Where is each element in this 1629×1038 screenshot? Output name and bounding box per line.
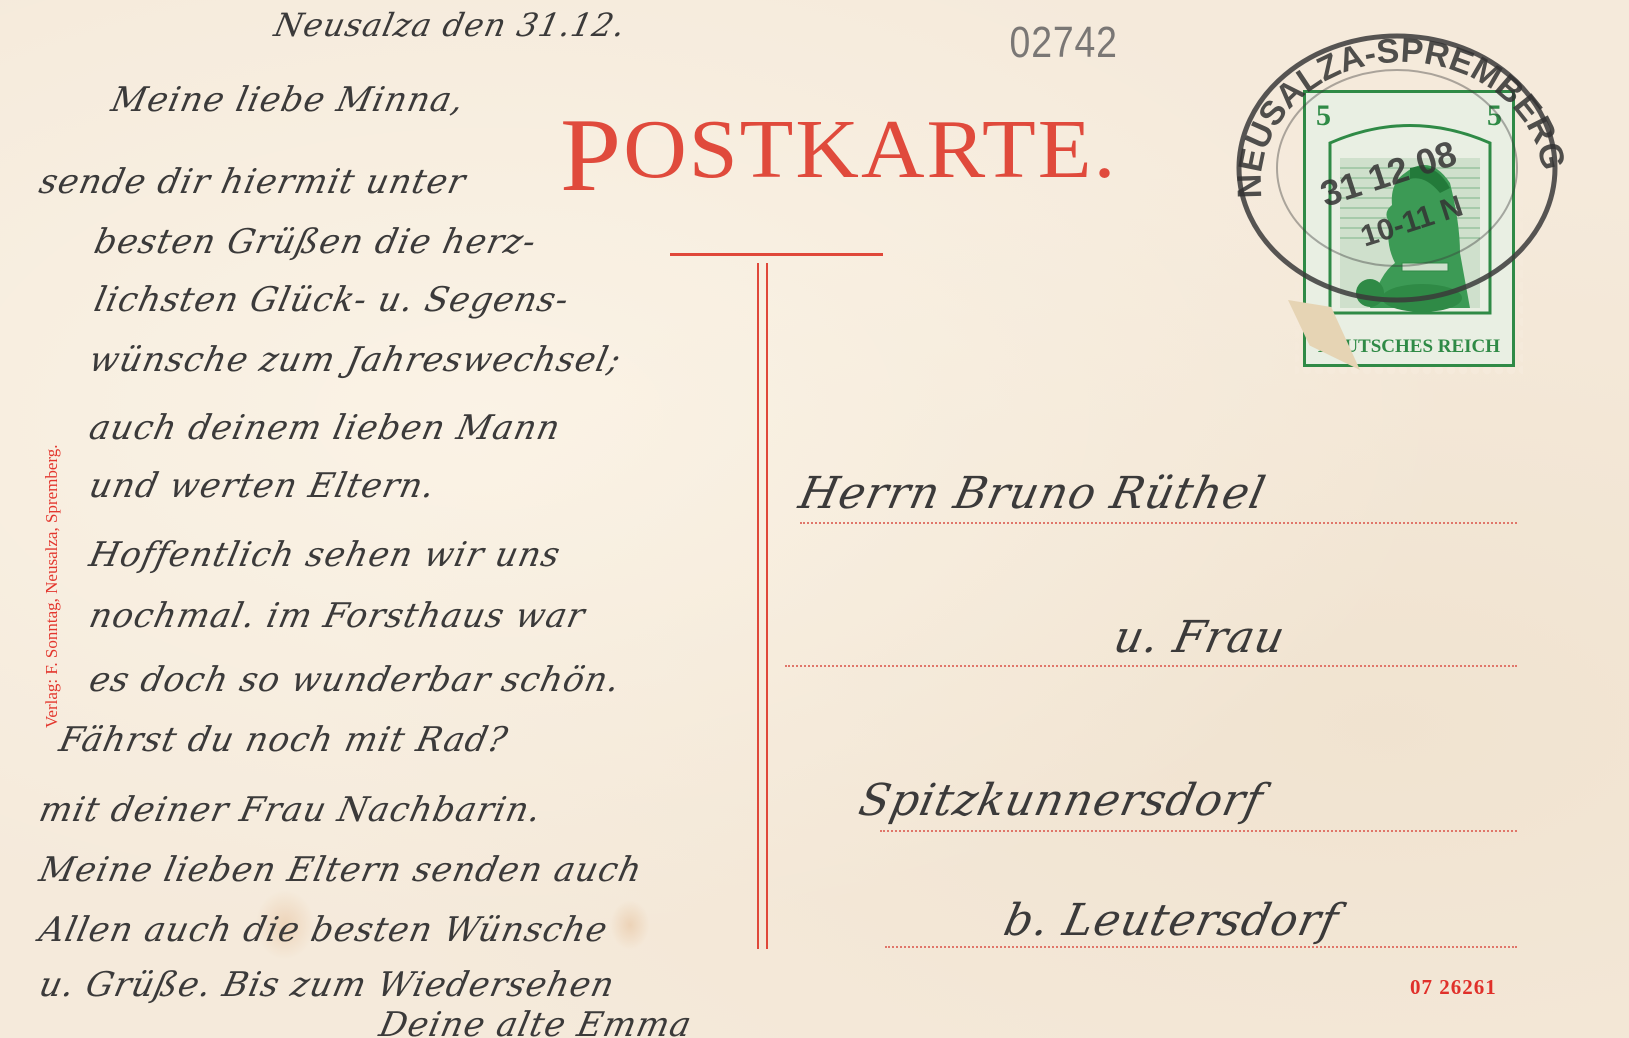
message-line: lichsten Glück- u. Segens- bbox=[91, 280, 573, 320]
paper-stain bbox=[610, 900, 650, 950]
message-line: Meine liebe Minna, bbox=[108, 80, 468, 120]
message-line: auch deinem lieben Mann bbox=[86, 408, 565, 448]
message-line: nochmal. im Forsthaus war bbox=[86, 596, 589, 636]
serial-number: 07 26261 bbox=[1410, 975, 1497, 1000]
message-line: wünsche zum Jahreswechsel; bbox=[86, 340, 625, 380]
postcard-back: POSTKARTE. Verlag: F. Sonntag, Neusalza,… bbox=[0, 0, 1629, 1038]
message-line: es doch so wunderbar schön. bbox=[86, 660, 624, 700]
message-line: mit deiner Frau Nachbarin. bbox=[36, 790, 546, 830]
address-recipient: Herrn Bruno Rüthel bbox=[795, 468, 1271, 519]
divider-vertical-left bbox=[757, 263, 759, 949]
address-co-recipient: u. Frau bbox=[1110, 612, 1290, 663]
address-region: b. Leutersdorf bbox=[1000, 895, 1344, 946]
address-town: Spitzkunnersdorf bbox=[855, 775, 1268, 826]
postmark-cancellation-icon: NEUSALZA-SPREMBERG 31 12 08 10-11 N bbox=[1222, 18, 1572, 318]
message-line: u. Grüße. Bis zum Wiedersehen bbox=[36, 965, 619, 1005]
address-line-2 bbox=[785, 665, 1517, 667]
message-line: Allen auch die besten Wünsche bbox=[36, 910, 612, 950]
message-line: besten Grüßen die herz- bbox=[91, 222, 540, 262]
message-signature: Deine alte Emma bbox=[376, 1005, 696, 1038]
title-initial: P bbox=[560, 97, 623, 213]
divider-vertical-right bbox=[766, 263, 768, 949]
publisher-imprint: Verlag: F. Sonntag, Neusalza, Spremberg. bbox=[42, 445, 62, 729]
message-line: Meine lieben Eltern senden auch bbox=[36, 850, 646, 890]
postkarte-title: POSTKARTE. bbox=[560, 103, 1117, 208]
divider-horizontal bbox=[670, 253, 883, 256]
message-dateline: Neusalza den 31.12. bbox=[271, 6, 629, 44]
address-line-4 bbox=[885, 946, 1517, 948]
message-line: Hoffentlich sehen wir uns bbox=[86, 535, 565, 575]
message-line: und werten Eltern. bbox=[86, 466, 439, 506]
message-line: Fährst du noch mit Rad? bbox=[56, 720, 512, 760]
address-line-1 bbox=[800, 522, 1517, 524]
message-line: sende dir hiermit unter bbox=[36, 162, 470, 202]
address-line-3 bbox=[880, 830, 1517, 832]
archive-number: 02742 bbox=[1010, 18, 1118, 68]
title-rest: OSTKARTE. bbox=[623, 104, 1117, 196]
